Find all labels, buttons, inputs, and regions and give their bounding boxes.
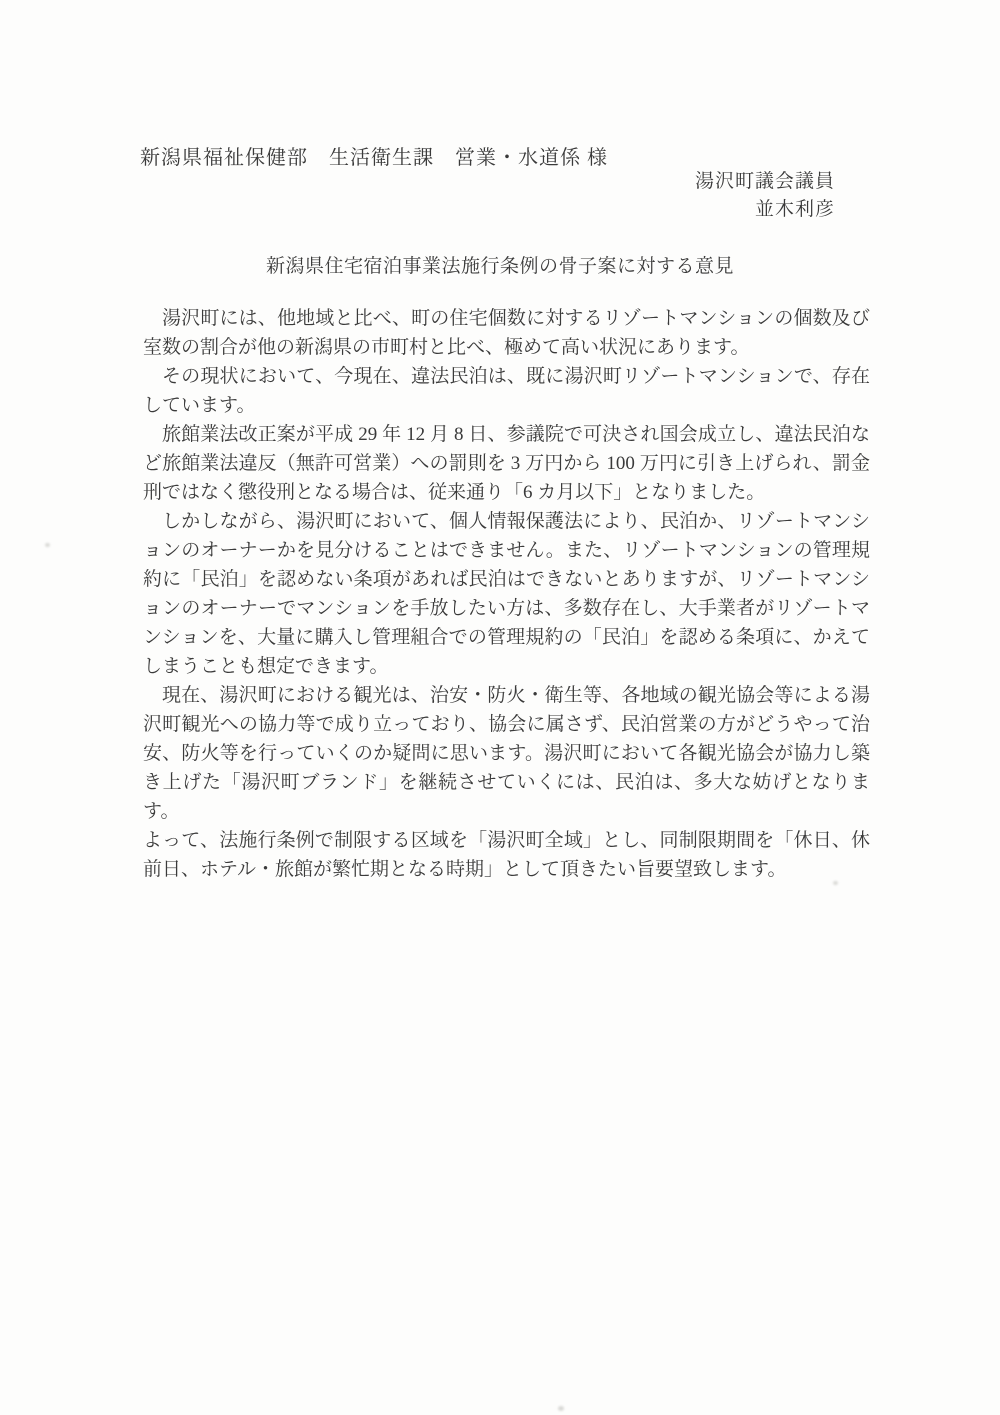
recipient-line: 新潟県福祉保健部 生活衛生課 営業・水道係 様 [140, 141, 608, 170]
paragraph-privacy-and-rules: しかしながら、湯沢町において、個人情報保護法により、民泊か、リゾートマンションの… [143, 507, 870, 681]
scan-speck [45, 543, 50, 547]
paragraph-resort-ratio: 湯沢町には、他地域と比べ、町の住宅個数に対するリゾートマンションの個数及び室数の… [143, 304, 870, 362]
document-title: 新潟県住宅宿泊事業法施行条例の骨子案に対する意見 [0, 251, 1000, 278]
scanned-letter-page: 新潟県福祉保健部 生活衛生課 営業・水道係 様 湯沢町議会議員 並木利彦 新潟県… [0, 0, 1000, 1415]
paragraph-illegal-minpaku: その現状において、今現在、違法民泊は、既に湯沢町リゾートマンションで、存在してい… [143, 362, 870, 420]
sender-name: 並木利彦 [695, 196, 835, 224]
scan-speck [833, 881, 838, 885]
document-body: 湯沢町には、他地域と比べ、町の住宅個数に対するリゾートマンションの個数及び室数の… [143, 304, 870, 884]
paragraph-request: よって、法施行条例で制限する区域を「湯沢町全域」とし、同制限期間を「休日、休前日… [143, 826, 870, 884]
sender-block: 湯沢町議会議員 並木利彦 [695, 168, 835, 224]
paragraph-hotel-law-amendment: 旅館業法改正案が平成 29 年 12 月 8 日、参議院で可決され国会成立し、違… [143, 420, 870, 507]
paragraph-tourism-brand: 現在、湯沢町における観光は、治安・防火・衛生等、各地域の観光協会等による湯沢町観… [143, 681, 870, 826]
sender-title: 湯沢町議会議員 [695, 168, 835, 196]
scan-speck [558, 1406, 564, 1411]
